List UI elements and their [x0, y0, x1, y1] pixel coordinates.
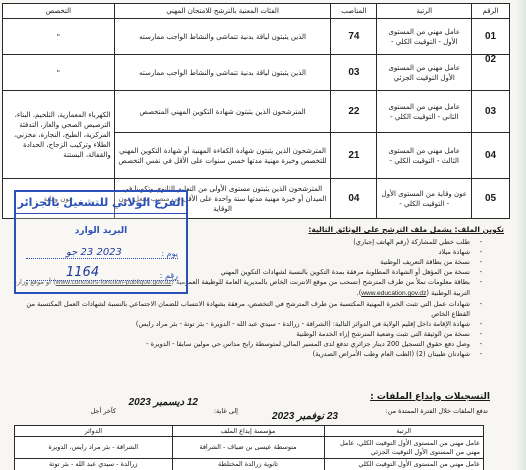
row-rank: عامل مهني من المستوى الأول - التوقيت الك… [377, 19, 472, 55]
row-rank: عامل مهني من المستوى الأول التوقيت الكلي… [324, 437, 484, 459]
period-to-date: 12 ديسمبر 2023 [129, 397, 198, 408]
list-item: شهادة الإقامة داخل إقليم الولاية في الدو… [10, 319, 470, 329]
stamp-number-value: 1164 [66, 265, 99, 280]
stamp-day-value: 2023 23 جو [66, 247, 122, 258]
stamp-day-line: يوم : 2023 23 جو [26, 244, 178, 259]
row-posts: 04 [331, 179, 377, 219]
header-districts: الدوائر [15, 426, 173, 437]
period-from-date: 23 نوفمبر 2023 [272, 411, 338, 422]
stamp-title: الفرع الولائي للتشغيل بالجزائر [16, 196, 186, 214]
row-categories: المترشحون الذين يثبتون شهادة التكوين الم… [114, 91, 331, 133]
list-item: شهادات عمل التي تثبت الخبرة المهنية المك… [10, 299, 470, 319]
row-posts: 22 [331, 91, 377, 133]
row-categories: الذين يثبتون لياقة بدنية تتماشى والنشاط … [114, 19, 331, 55]
table-row: عامل مهني من المستوى الأول التوقيت الكلي… [15, 459, 484, 470]
list-item: شهادتان طبيتان (2) (الطب العام وطب الأمر… [10, 349, 470, 359]
row-institution: متوسطة عيسى بن ضياف - الشراقة [172, 437, 324, 459]
row-number: 05 [472, 179, 510, 219]
row-districts: زرالدة - سيدي عبد الله - بئر توتة [15, 459, 173, 470]
stamp-day-label: يوم : [161, 249, 178, 258]
row-posts: 21 [331, 133, 377, 179]
row-specialty: " [3, 55, 115, 91]
row-number: 01 [472, 19, 510, 55]
row-posts: 74 [331, 19, 377, 55]
row-rank: عامل مهني من المستوى الثالث - التوقيت ال… [377, 133, 472, 179]
row-number: 04 [472, 133, 510, 179]
row-posts: 03 [331, 55, 377, 91]
table-row: 01 عامل مهني من المستوى الأول - التوقيت … [3, 19, 510, 55]
registration-title: التسجيلات وإيداع الملفات : [370, 392, 490, 402]
header-specialty: التخصص [3, 4, 115, 19]
period-label: تدفع الملفات خلال الفترة الممتدة من: [385, 407, 488, 415]
row-districts: الشراقة - بئر مراد رايس، الدويرة [15, 437, 173, 459]
table-row: عامل مهني من المستوى الأول التوقيت الكلي… [15, 437, 484, 459]
header-institution: مؤسسة إيداع الملف [172, 426, 324, 437]
row-specialty: الكهرباء المعمارية، التلحيم، البناء، الت… [3, 91, 115, 179]
stamp-number-label: رقم : [160, 271, 178, 280]
header-rank: الرتبة [324, 426, 484, 437]
incoming-mail-stamp: الفرع الولائي للتشغيل بالجزائر البريد ال… [14, 190, 188, 294]
link-education[interactable]: www.education.gov.dz [361, 290, 426, 297]
row-rank: عامل مهني من المستوى الثاني - التوقيت ال… [377, 91, 472, 133]
period-to-label: إلى غاية: [214, 407, 238, 415]
row-number: 02 [472, 55, 510, 91]
document-page: الرقم الرتبة المناصب الفئات المعنية بالت… [0, 0, 526, 470]
stamp-subtitle: البريد الوارد [16, 226, 186, 236]
deadline-note: كآخر أجل [91, 407, 117, 415]
header-posts: المناصب [331, 4, 377, 19]
list-item: نسخة من الوثيقة التي تثبت وضعية المترشح … [10, 329, 470, 339]
list-item: وصل دفع حقوق التسجيل 200 دينار جزائري تد… [10, 339, 470, 349]
row-rank: عامل مهني من المستوى الأول التوقيت الجزئ… [377, 55, 472, 91]
stamp-number-line: رقم : 1164 [26, 266, 178, 281]
registration-period: تدفع الملفات خلال الفترة الممتدة من: 23 … [0, 405, 526, 425]
table-row: 03 عامل مهني من المستوى الثاني - التوقيت… [3, 91, 510, 133]
row-institution: ثانوية زرالدة المختلطة [172, 459, 324, 470]
positions-table: الرقم الرتبة المناصب الفئات المعنية بالت… [2, 3, 510, 219]
row-categories: الذين يثبتون لياقة بدنية تتماشى والنشاط … [114, 55, 331, 91]
row-rank: عون وقاية من المستوى الأول - التوقيت الك… [377, 179, 472, 219]
deposit-table: الرتبة مؤسسة إيداع الملف الدوائر عامل مه… [14, 425, 484, 470]
deposit-table-header: الرتبة مؤسسة إيداع الملف الدوائر [15, 426, 484, 437]
row-categories: المترشحون الذين يثبتون شهادة الكفاءة الم… [114, 133, 331, 179]
row-rank: عامل مهني من المستوى الأول التوقيت الكلي [324, 459, 484, 470]
list-item-text: بطاقة معلومات تملأ من طرف المترشح (تسحب … [176, 278, 470, 286]
header-rank: الرتبة [377, 4, 472, 19]
header-categories: الفئات المعنية بالترشح للامتحان المهني [114, 4, 331, 19]
positions-table-header: الرقم الرتبة المناصب الفئات المعنية بالت… [3, 4, 510, 19]
page-edge-shadow [516, 0, 526, 470]
header-number: الرقم [472, 4, 510, 19]
row-number: 03 [472, 91, 510, 133]
row-specialty: " [3, 19, 115, 55]
table-row: 02 عامل مهني من المستوى الأول التوقيت ال… [3, 55, 510, 91]
